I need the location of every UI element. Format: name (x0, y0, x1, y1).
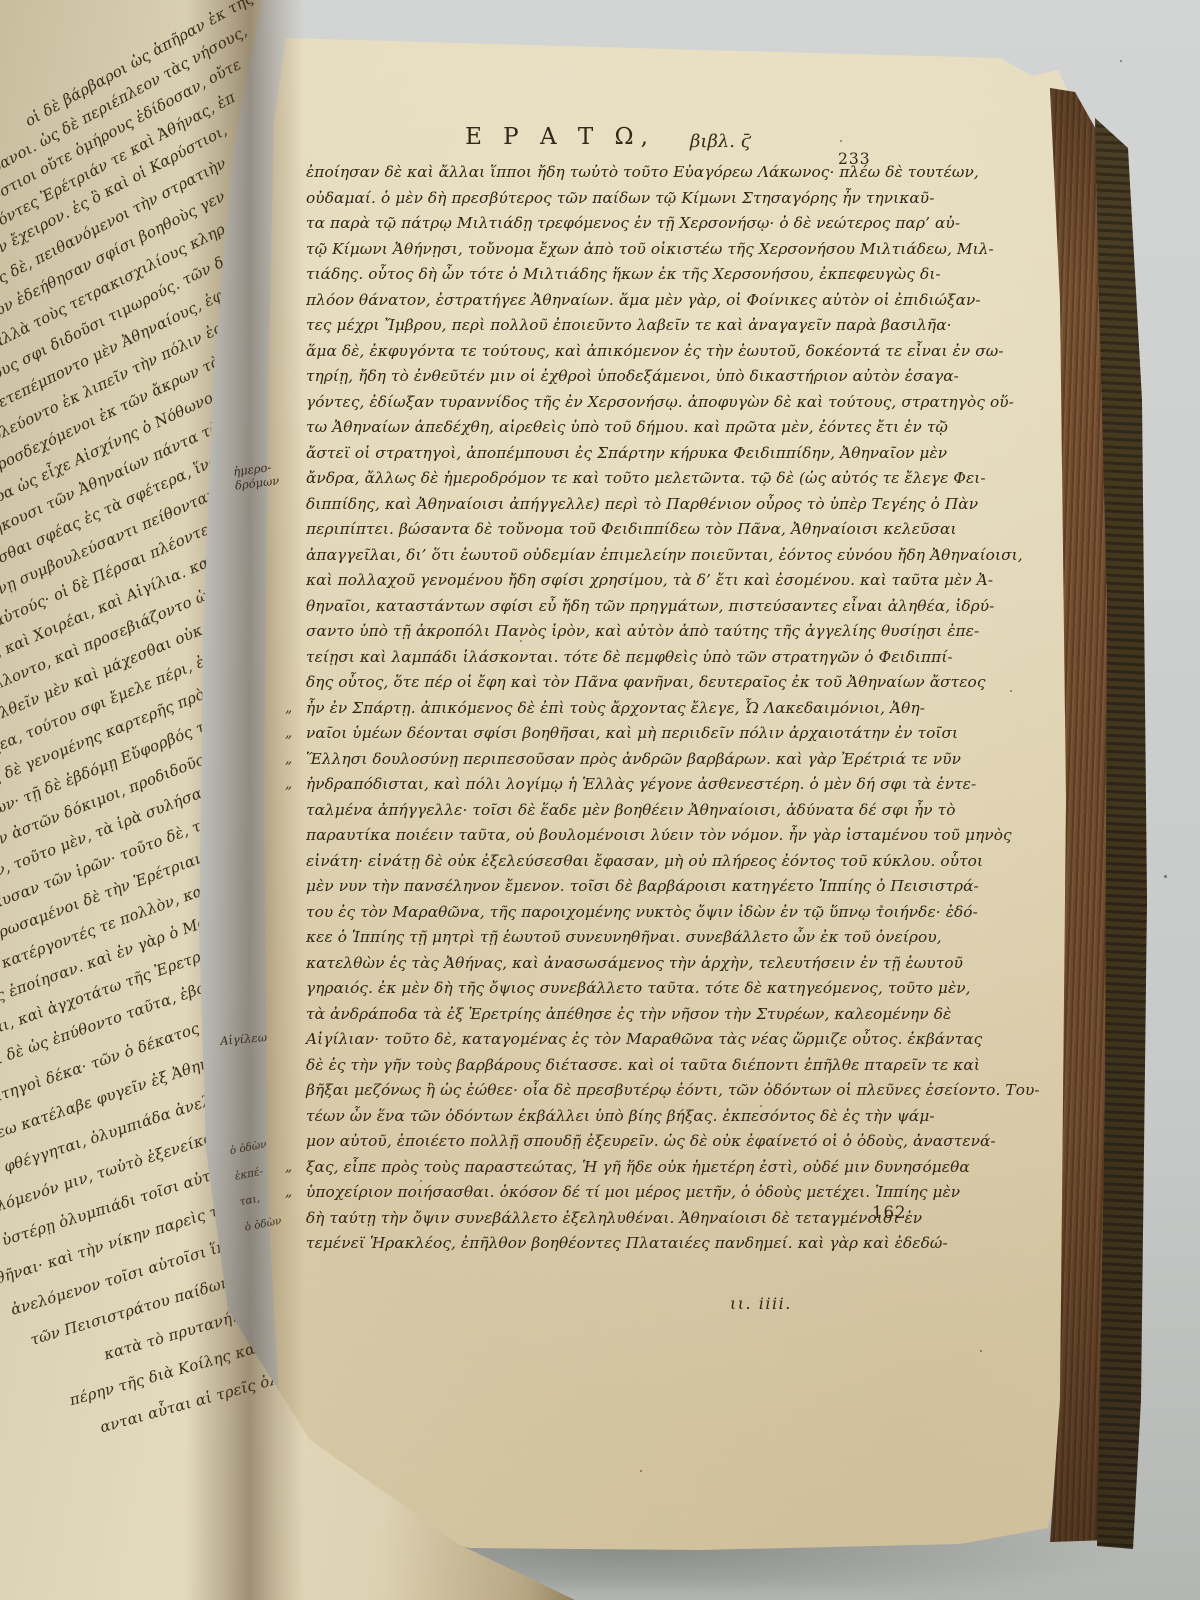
text-line: σαντο ὑπὸ τῇ ἀκροπόλι Πανὸς ἱρὸν, καὶ αὐ… (306, 619, 862, 645)
text-line: ἀπαγγεῖλαι, δι’ ὅτι ἑωυτοῦ οὐδεμίαν ἐπιμ… (306, 543, 862, 569)
text-fragment: ρόντες Ἐρέτριάν τε καὶ Ἀθήνας, ἐπ (0, 88, 238, 282)
text-line: του ἐς τὸν Μαραθῶνα, τῆς παροιχομένης νυ… (306, 900, 862, 926)
paper-speck (1120, 60, 1122, 62)
text-fragment: λας. χρωσαμένοι δὲ τὴν Ἐρέτριαν, (0, 847, 212, 996)
text-line: „ἦν ἐν Σπάρτῃ. ἀπικόμενος δὲ ἐπὶ τοὺς ἄρ… (306, 696, 862, 722)
text-fragment: έων ἔχειρον. ἐς ὃ καὶ οἱ Καρύστιοι, (0, 121, 230, 313)
text-fragment: τε ἐξεβάλλοντο, καὶ προσεβιάζοντο ὡς (0, 583, 218, 748)
page-header-title: Ε Ρ Α Τ Ω, (430, 124, 690, 150)
text-fragment: θμος, καὶ Χοιρέαι, καὶ Αἰγίλια. κατ (0, 550, 219, 717)
text-line: „ξας, εἶπε πρὸς τοὺς παραστεώτας, Ἡ γῆ ἥ… (306, 1155, 862, 1181)
text-line: „ἠνδραπόδισται, καὶ πόλι λογίμῳ ἡ Ἑλλὰς … (306, 772, 862, 798)
text-fragment: ναίων ἐδεήθησαν σφίσι βοηθοὺς γεν (0, 187, 228, 376)
text-line: θηναῖοι, καταστάντων σφίσι εὖ ἤδη τῶν πρ… (306, 594, 862, 620)
text-fragment: Αἰσχίνῃ συμβουλεύσαντι πείθονται. (0, 484, 221, 655)
text-fragment: ἐπεξελθεῖν μὲν καὶ μάχεσθαι οὐκ ἐ (0, 616, 217, 779)
text-line: κατελθὼν ἐς τὰς Ἀθήνας, καὶ ἀνασωσάμενος… (306, 951, 862, 977)
text-line: τεμένεϊ Ἡρακλέος, ἐπῆλθον βοηθέοντες Πλα… (306, 1231, 862, 1257)
text-line: τιάδης. οὗτος δὴ ὦν τότε ὁ Μιλτιάδης ἥκω… (306, 262, 862, 288)
text-line: „ὑποχείριον ποιήσασθαι. ὁκόσον δέ τί μοι… (306, 1180, 862, 1206)
margin-note-aigileo: Αἰγίλεω (219, 1030, 267, 1048)
text-line: δης οὗτος, ὅτε πέρ οἱ ἔφη καὶ τὸν Πᾶνα φ… (306, 670, 862, 696)
text-line: γηραιός. ἐκ μὲν δὴ τῆς ὄψιος συνεβάλλετο… (306, 976, 862, 1002)
text-line: μὲν νυν τὴν πανσέληνον ἔμενον. τοῖσι δὲ … (306, 874, 862, 900)
paper-speck (940, 420, 942, 422)
photo-of-open-book: οἱ δὲ βάρβαροι ὡς ἀπῆραν ἐκ τῆςβανοι. ὡς… (0, 0, 1200, 1600)
text-line: „ναῖοι ὑμέων δέονται σφίσι βοηθῆσαι, καὶ… (306, 721, 862, 747)
text-fragment: τὴν πόλιν, τοῦτο μὲν, τὰ ἱρὰ συλήσαν (0, 781, 213, 934)
text-line: Αἰγίλιαν· τοῦτο δὲ, καταγομένας ἐς τὸν Μ… (306, 1027, 862, 1053)
quote-mark: „ (285, 696, 292, 722)
text-fragment: σι κατέκαυσαν τῶν ἱρῶν· τοῦτο δὲ, το (0, 814, 212, 965)
text-line: ταλμένα ἀπήγγελλε· τοῖσι δὲ ἕαδε μὲν βοη… (306, 798, 862, 824)
text-line: εἰνάτη· εἰνάτῃ δὲ οὐκ ἐξελεύσεσθαι ἔφασα… (306, 849, 862, 875)
text-line: οὐδαμαί. ὁ μὲν δὴ πρεσβύτερος τῶν παίδων… (306, 186, 862, 212)
book-number-label: βιβλ. ϛ̄ (690, 131, 751, 152)
quote-mark: „ (285, 1155, 292, 1181)
text-line: καὶ πολλαχοῦ γενομένου ἤδη σφίσι χρησίμο… (306, 568, 862, 594)
paper-speck (520, 640, 522, 642)
text-line: παραυτίκα ποιέειν ταῦτα, οὐ βουλομένοισι… (306, 823, 862, 849)
paper-speck (980, 1350, 982, 1352)
quote-mark: „ (285, 1180, 292, 1206)
paper-speck (640, 1470, 642, 1472)
text-line: ἄστεϊ οἱ στρατηγοὶ, ἀποπέμπουσι ἐς Σπάρτ… (306, 441, 862, 467)
text-fragment: τούτους σφι διδοῦσι τιμωρούς. τῶν δ (0, 253, 227, 438)
text-line: τέων ὦν ἕνα τῶν ὀδόντων ἐκβάλλει ὑπὸ βίη… (306, 1104, 862, 1130)
paper-speck (880, 905, 883, 908)
text-fragment: ω, ἀλλὰ τοὺς τετρακισχιλίους κληρ (0, 220, 228, 407)
text-line: δὲ ἐς τὴν γῆν τοὺς βαρβάρους διέτασσε. κ… (306, 1053, 862, 1079)
text-fragment: τερα ὡς εἶχε Αἰσχίνης ὁ Νόθωνος (0, 385, 223, 562)
margin-note-line: Αἰγίλεω (219, 1030, 267, 1048)
text-line: τα παρὰ τῷ πάτρῳ Μιλτιάδῃ τρεφόμενος ἐν … (306, 211, 862, 237)
text-fragment: σι ἥκουσι τῶν Ἀθηναίων πάντα τὰ (0, 418, 223, 593)
paper-speck (420, 1180, 422, 1182)
text-fragment: λάσεσθαι σφέας ἐς τὰ σφέτερα, ἵνα (0, 451, 222, 624)
text-fragment: ρύστιοι οὔτε ὁμήρους ἐδίδοσαν, οὔτε (0, 55, 244, 251)
text-line: περιπίπτει. βώσαντα δὲ τοὔνομα τοῦ Φειδι… (306, 517, 862, 543)
margin-note-hemerodromon: ἡμερο-δρόμων (232, 459, 280, 492)
quote-mark: „ (285, 747, 292, 773)
text-line: διππίδης, καὶ Ἀθηναίοισι ἀπήγγελλε) περὶ… (306, 492, 862, 518)
text-line: τῷ Κίμωνι Ἀθήνῃσι, τοὔνομα ἔχων ἀπὸ τοῦ … (306, 237, 862, 263)
text-line: ἄνδρα, ἄλλως δὲ ἡμεροδρόμον τε καὶ τοῦτο… (306, 466, 862, 492)
text-line: ἐποίησαν δὲ καὶ ἄλλαι ἵπποι ἤδη τωὐτὸ το… (306, 160, 862, 186)
text-fragment: ἀμφοτέρων· τῇ δὲ ἑβδόμῃ Εὔφορβός τε (0, 715, 215, 872)
text-line: „Ἕλλησι δουλοσύνῃ περιπεσοῦσαν πρὸς ἀνδρ… (306, 747, 862, 773)
main-text-block: ἐποίησαν δὲ καὶ ἄλλαι ἵπποι ἤδη τωὐτὸ το… (306, 160, 862, 1257)
text-fragment: βανοι. ὡς δὲ περιέπλεον τὰς νήσους, (0, 22, 250, 220)
quote-mark: „ (285, 772, 292, 798)
text-fragment: νέες δὲ, πειθανόμενοι τὴν στρατιὴν (0, 154, 229, 345)
paper-speck (1010, 690, 1012, 692)
text-line: βῆξαι μεζόνως ἢ ὡς ἐώθεε· οἷα δὲ πρεσβυτ… (306, 1078, 862, 1104)
text-line: δὴ ταύτῃ τὴν ὄψιν συνεβάλλετο ἐξεληλυθέν… (306, 1206, 862, 1232)
text-fragment: βολῆς δὲ γενομένης καρτερῆς πρὸς (0, 682, 216, 841)
text-fragment: οι μετεπέμποντο μὲν Ἀθηναίους, ἐφ (0, 286, 226, 469)
paper-speck (760, 1105, 762, 1107)
text-line: τείῃσι καὶ λαμπάδι ἱλάσκονται. τότε δὲ π… (306, 645, 862, 671)
text-fragment: Στησαγόρεω κατέλαβε φυγεῖν ἐξ Ἀθηνέων (0, 1044, 240, 1181)
paper-speck (700, 250, 703, 253)
text-line: τὰ ἀνδράποδα τὰ ἐξ Ἐρετρίης ἀπέθησε ἐς τ… (306, 1002, 862, 1028)
text-fragment: ἀνελόμενόν μιν, τωὐτὸ ἐξενείκασθαι τῇ (0, 1110, 272, 1243)
text-fragment: ν Ἀττικὴν, κατέργοντές τε πολλὸν, καὶ (0, 880, 211, 1027)
signature-mark: ιι. iiii. (730, 1294, 792, 1313)
text-line: γόντες, ἐδίωξαν τυραννίδος τῆς ἐν Χερσον… (306, 390, 862, 416)
text-fragment: οἱ δὲ βάρβαροι ὡς ἀπῆραν ἐκ τῆς (0, 0, 256, 189)
text-fragment: ἄνδρες τῶν ἀστῶν δόκιμοι, προδιδοῦσι (0, 748, 214, 903)
text-line: πλόον θάνατον, ἐστρατήγεε Ἀθηναίων. ἅμα … (306, 288, 862, 314)
text-fragment: τὰ τείχεα, τούτου σφι ἔμελε πέρι, ἐπ (0, 649, 217, 810)
text-line: τηρίῃ, ἤδη τὸ ἐνθεῦτέν μιν οἱ ἐχθροὶ ὑπο… (306, 364, 862, 390)
text-fragment: ρέας αὐτούς· οἱ δὲ Πέρσαι πλέοντες (0, 517, 220, 686)
text-line: τες μέχρι Ἴμβρου, περὶ πολλοῦ ἐποιεῦντο … (306, 313, 862, 339)
paper-speck (840, 140, 842, 142)
text-line: τω Ἀθηναίων ἀπεδέχθη, αἱρεθεὶς ὑπὸ τοῦ δ… (306, 415, 862, 441)
text-fragment: ράτου. Ἀθηναῖοι δὲ ὡς ἐπύθοντο ταῦτα, ἐβ… (0, 978, 208, 1119)
text-fragment: τοὺς Ἐρετριέας ἐποίησαν. καὶ ἐν γὰρ ὁ Μα (0, 913, 210, 1058)
text-line: ἅμα δὲ, ἐκφυγόντα τε τούτους, καὶ ἀπικόμ… (306, 339, 862, 365)
quote-mark: „ (285, 721, 292, 747)
text-fragment: σφέας στρατηγοὶ δέκα· τῶν ὁ δέκατος ἦν (0, 1011, 224, 1150)
text-line: μον αὐτοῦ, ἐποιέετο πολλῇ σπουδῇ ἐξευρεῖ… (306, 1129, 862, 1155)
text-fragment: ῆς ἀπικνέεσθαι, καὶ ἀγχοτάτω τῆς Ἐρετρι (0, 946, 209, 1089)
text-fragment: προσδεχόμενοι ἐκ τῶν ἄκρων τὰ (0, 352, 224, 531)
paper-speck (1164, 875, 1167, 878)
text-line: κεε ὁ Ἱππίης τῇ μητρὶ τῇ ἑωυτοῦ συνευνηθ… (306, 925, 862, 951)
text-fragment: πτω φθέγγηται, ὀλυμπιάδα ἀνελέσθαι (0, 1077, 256, 1212)
text-fragment: βουλεύοντο ἐκ λιπεῖν τὴν πόλιν ἐς (0, 319, 225, 500)
